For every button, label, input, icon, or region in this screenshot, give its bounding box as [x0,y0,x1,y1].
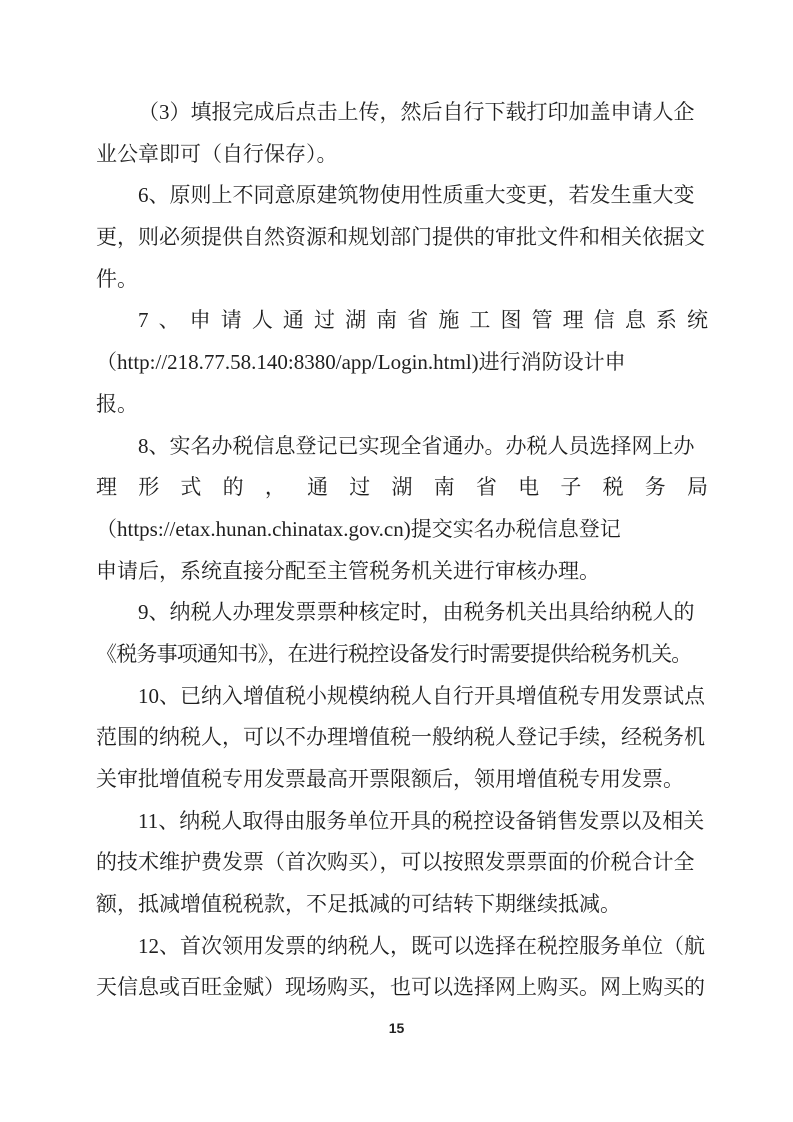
text-line: 理形式的，通过湖南省电子税务局 [96,467,708,509]
text-line: 7、申请人通过湖南省施工图管理信息系统 [96,300,708,342]
text-line: （3）填报完成后点击上传，然后自行下载打印加盖申请人企 [96,92,708,134]
text-line: 9、纳税人办理发票票种核定时，由税务机关出具给纳税人的 [96,592,708,634]
text-line: 报。 [96,384,708,426]
text-line: 《税务事项通知书》，在进行税控设备发行时需要提供给税务机关。 [96,634,708,676]
text-line: 10、已纳入增值税小规模纳税人自行开具增值税专用发票试点 [96,676,708,718]
text-line: 11、纳税人取得由服务单位开具的税控设备销售发票以及相关 [96,801,708,843]
text-line: 关审批增值税专用发票最高开票限额后，领用增值税专用发票。 [96,759,708,801]
text-line: 更，则必须提供自然资源和规划部门提供的审批文件和相关依据文 [96,217,708,259]
text-line: 额，抵减增值税税款，不足抵减的可结转下期继续抵减。 [96,884,708,926]
text-line: 业公章即可（自行保存）。 [96,134,708,176]
text-line: 申请后，系统直接分配至主管税务机关进行审核办理。 [96,551,708,593]
text-line: 8、实名办税信息登记已实现全省通办。办税人员选择网上办 [96,426,708,468]
text-line-url: （http://218.77.58.140:8380/app/Login.htm… [96,342,708,384]
text-line: 件。 [96,259,708,301]
document-body: （3）填报完成后点击上传，然后自行下载打印加盖申请人企 业公章即可（自行保存）。… [96,92,708,1009]
text-line: 的技术维护费发票（首次购买），可以按照发票票面的价税合计全 [96,842,708,884]
page-number: 15 [0,1020,793,1036]
text-line: 天信息或百旺金赋）现场购买，也可以选择网上购买。网上购买的 [96,967,708,1009]
text-line: 6、原则上不同意原建筑物使用性质重大变更，若发生重大变 [96,175,708,217]
text-line: 范围的纳税人，可以不办理增值税一般纳税人登记手续，经税务机 [96,717,708,759]
text-line-url: （https://etax.hunan.chinatax.gov.cn)提交实名… [96,509,708,551]
document-page: （3）填报完成后点击上传，然后自行下载打印加盖申请人企 业公章即可（自行保存）。… [0,0,793,1122]
text-line: 12、首次领用发票的纳税人，既可以选择在税控服务单位（航 [96,926,708,968]
